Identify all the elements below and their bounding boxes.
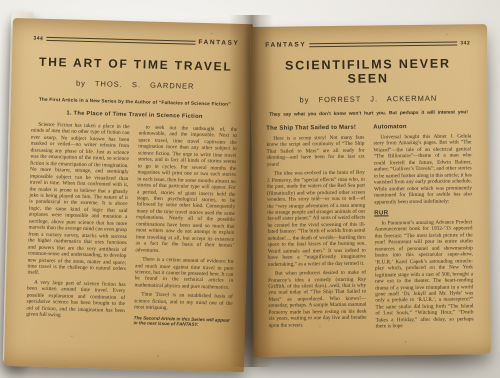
right-article-title: SCIENTIFILMS NEVER SEEN xyxy=(265,56,470,87)
left-article-title: THE ART OF TIME TRAVEL xyxy=(33,55,239,74)
left-section-heading: 1. The Place of Time Travel in Science F… xyxy=(31,110,237,121)
left-article-byline: by THOS. S. GARDNER xyxy=(32,78,238,92)
right-page: FANTASY 342 SCIENTIFILMS NEVER SEEN by F… xyxy=(250,24,491,357)
right-page-number: 342 xyxy=(460,40,470,46)
paragraph: A very large part of science fiction has… xyxy=(26,279,125,320)
paragraph: Universal bought this Abner J. Gelula st… xyxy=(373,133,472,205)
right-page-header: FANTASY 342 xyxy=(265,39,470,49)
paragraph: Time Travel is an established basis of s… xyxy=(134,292,233,314)
paragraph: Science Fiction has taken a place in the… xyxy=(27,122,130,279)
right-article-byline: by FORREST J. ACKERMAN xyxy=(266,93,471,105)
paragraph: In Paramount’s amazing Advance Product A… xyxy=(374,219,473,330)
left-column-1: Science Fiction has taken a place in the… xyxy=(26,122,130,329)
right-running-title: FANTASY xyxy=(265,41,306,49)
paragraph: There is a certain amount of evidence fo… xyxy=(134,256,233,291)
left-page: 344 FANTASY THE ART OF TIME TRAVEL by TH… xyxy=(4,18,253,372)
left-page-number: 344 xyxy=(33,35,43,41)
left-running-title: FANTASY xyxy=(198,39,239,47)
paragraph: to seek out the unthought of, the unknow… xyxy=(135,124,237,256)
right-article-tagline: They say what you don’t know won’t hurt … xyxy=(266,110,471,118)
left-page-header: 344 FANTASY xyxy=(33,35,239,47)
column-subheading-rur: RUR xyxy=(374,209,472,216)
column-heading-automaton: Automaton xyxy=(373,123,471,130)
left-article-subtitle: The First Article in a New Series by the… xyxy=(32,97,238,107)
left-header-rule xyxy=(46,36,195,44)
series-footnote: The Second Article in this Series will a… xyxy=(133,315,232,329)
right-column-2: Automaton Universal bought this Abner J.… xyxy=(373,121,474,333)
left-column-2: to seek out the unthought of, the unknow… xyxy=(133,124,237,331)
right-header-rule xyxy=(309,41,457,47)
photo-background: 344 FANTASY THE ART OF TIME TRAVEL by TH… xyxy=(0,0,500,378)
left-text-columns: Science Fiction has taken a place in the… xyxy=(26,122,237,332)
paragraph: But when producers desired to make of Po… xyxy=(268,270,367,329)
paragraph: Here is a scoop story! Not many fans kno… xyxy=(266,135,364,168)
right-text-columns: The Ship That Sailed to Mars! Here is a … xyxy=(266,121,474,334)
column-heading-ship: The Ship That Sailed to Mars! xyxy=(266,125,364,132)
paragraph: The idea was evolved in the brain of Roy… xyxy=(267,170,366,268)
right-column-1: The Ship That Sailed to Mars! Here is a … xyxy=(266,123,367,335)
